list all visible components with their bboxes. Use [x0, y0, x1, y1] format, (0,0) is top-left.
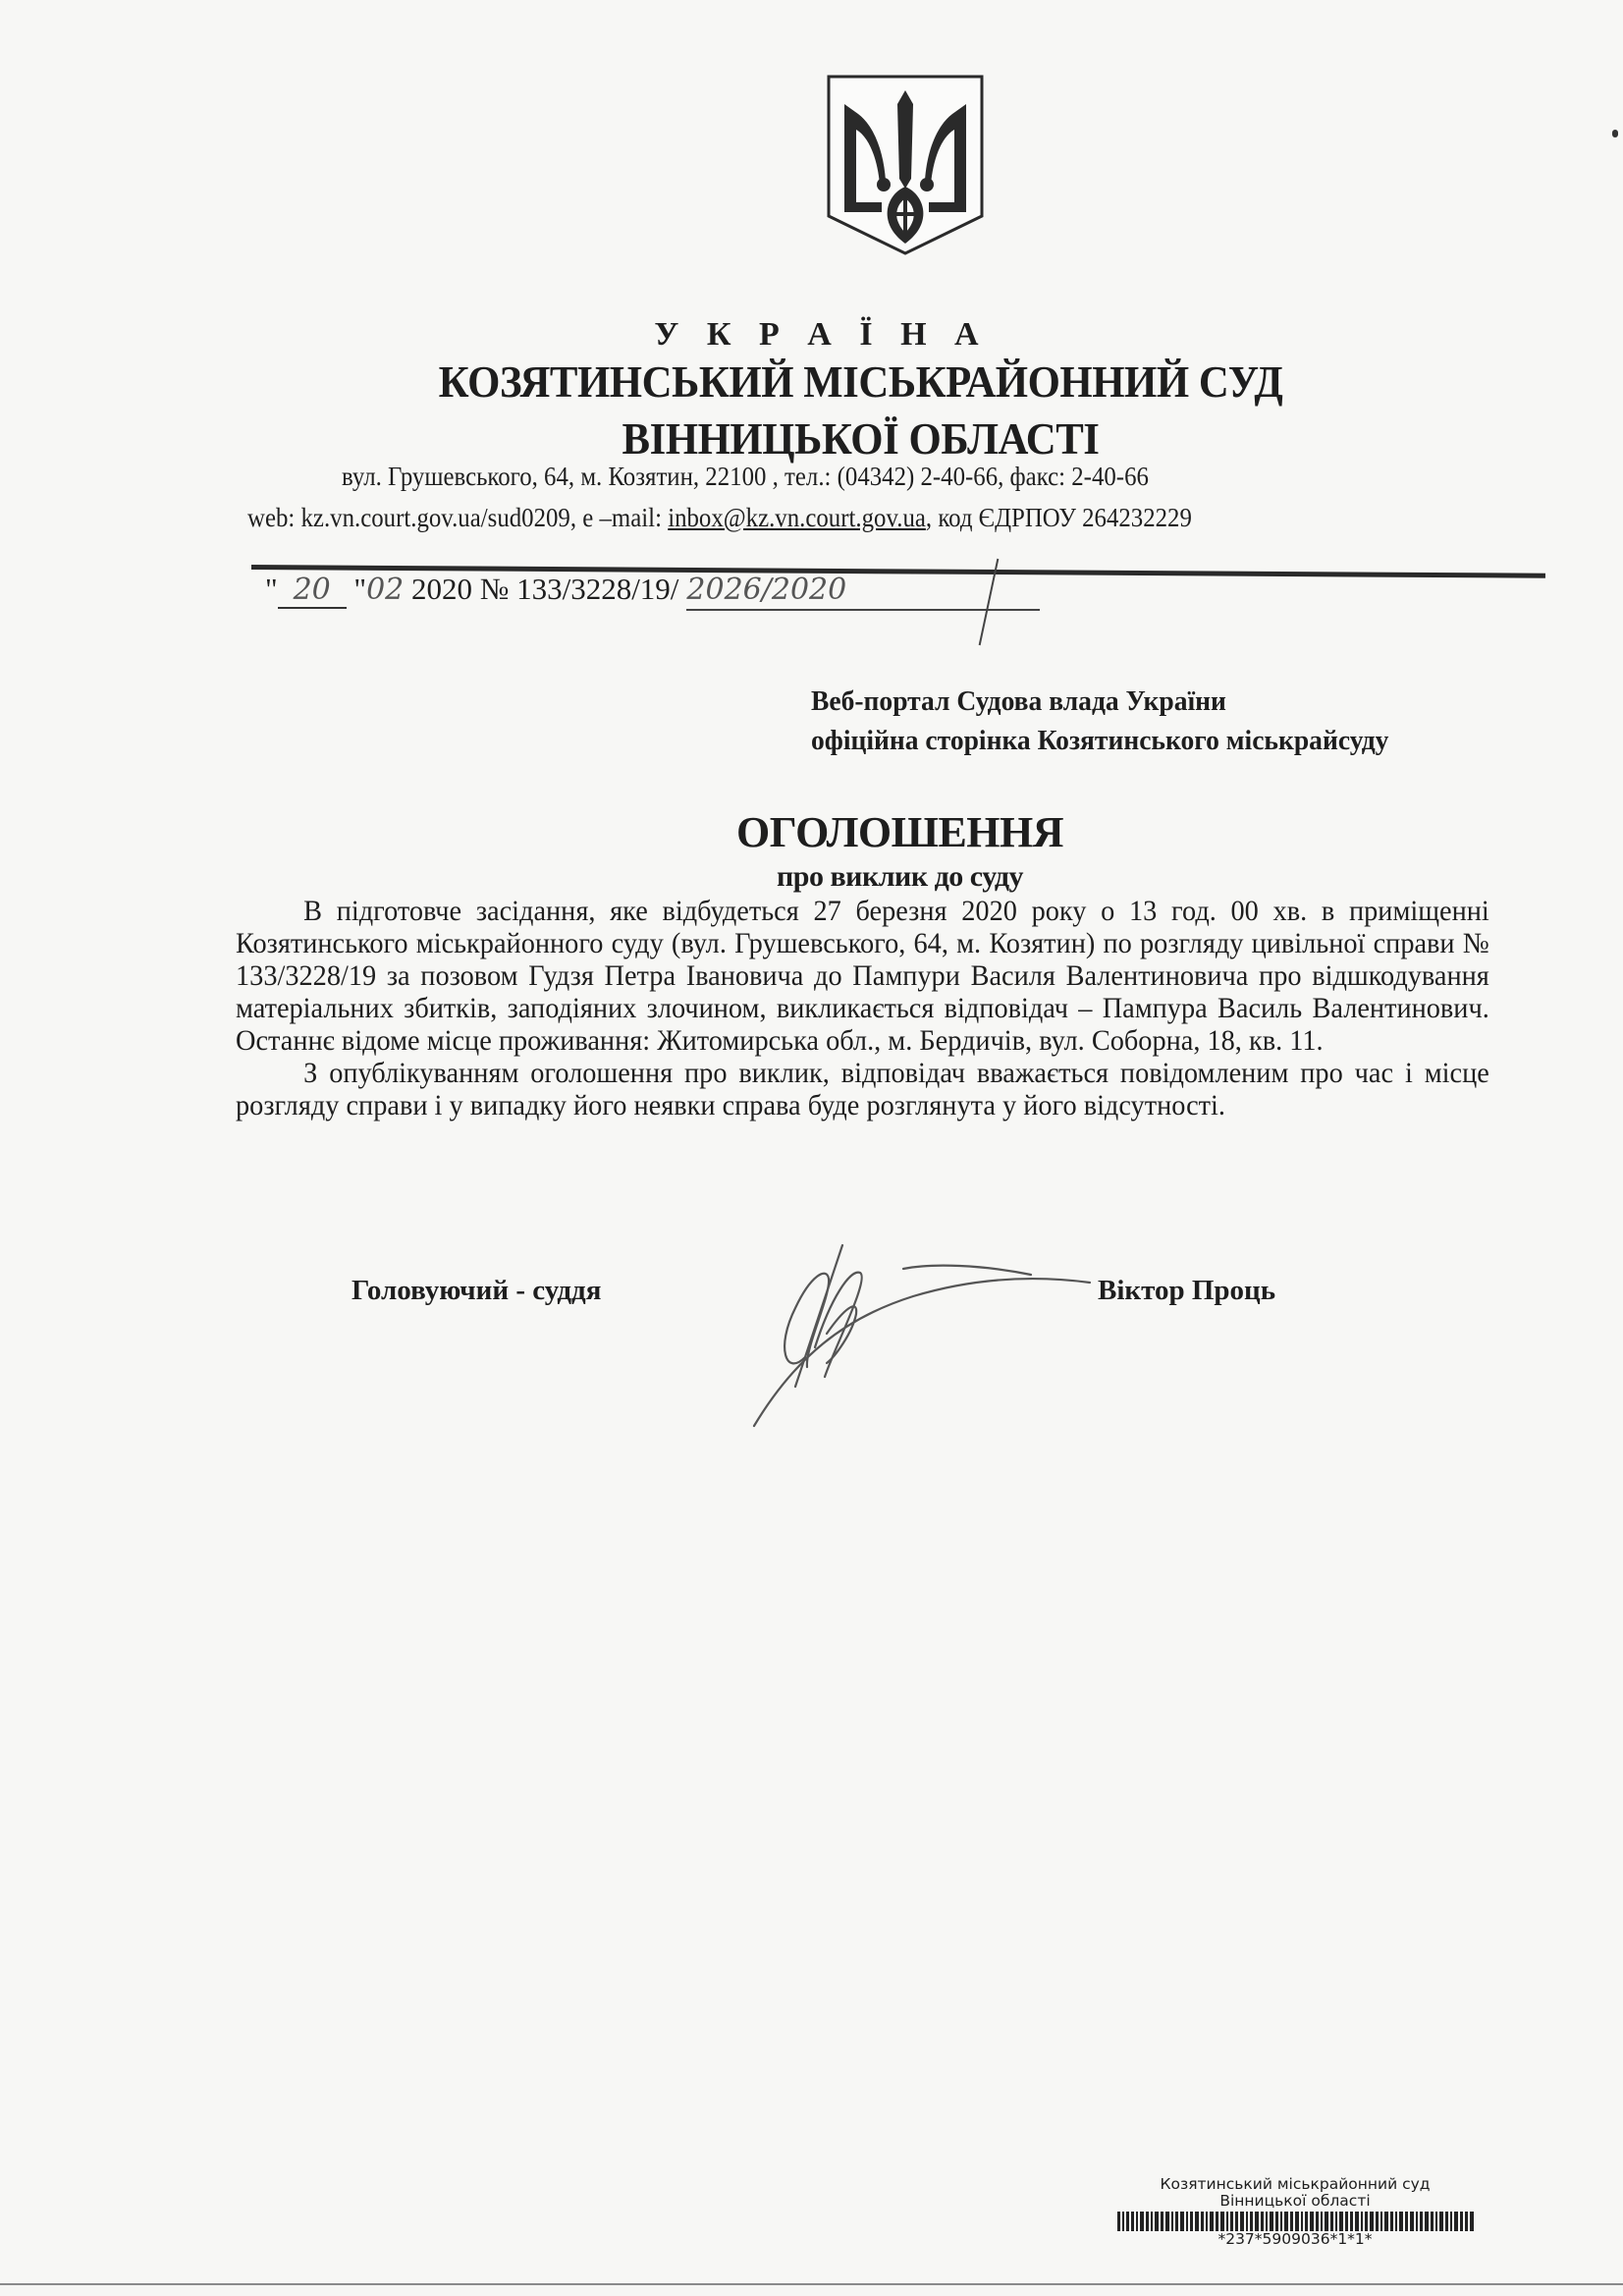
court-name-heading: КОЗЯТИНСЬКИЙ МІСЬКРАЙОННИЙ СУД — [106, 355, 1615, 408]
quote-open: " — [265, 572, 278, 606]
court-address-line: вул. Грушевського, 64, м. Козятин, 22100… — [342, 462, 1149, 492]
addressee-block: Веб-портал Судова влада України офіційна… — [811, 682, 1388, 760]
edrpou-code: , код ЄДРПОУ 264232229 — [926, 503, 1192, 532]
notice-subtitle: про виклик до суду — [88, 860, 1623, 894]
handwritten-signature-icon — [736, 1239, 1325, 1436]
email-link[interactable]: inbox@kz.vn.court.gov.ua — [668, 503, 926, 532]
coat-of-arms-icon — [823, 71, 988, 259]
stamp-court-name: Козятинський міськрайонний суд — [1064, 2176, 1526, 2193]
reference-year: 2020 — [411, 572, 472, 606]
court-region-heading: ВІННИЦЬКОЇ ОБЛАСТІ — [106, 412, 1615, 465]
notice-paragraph: В підготовче засідання, яке відбудеться … — [236, 896, 1489, 1058]
scan-speck — [1612, 130, 1618, 137]
handwritten-month: 02 — [366, 573, 404, 607]
case-number: № 133/3228/19/ — [480, 572, 679, 606]
addressee-line-2: офіційна сторінка Козятинського міськрай… — [811, 721, 1388, 760]
document-page: У К Р А Ї Н А КОЗЯТИНСЬКИЙ МІСЬКРАЙОННИЙ… — [0, 0, 1623, 2285]
web-label: web: kz.vn.court.gov.ua/sud0209, е –mail… — [247, 503, 668, 532]
quote-close: " — [353, 572, 366, 606]
notice-title: ОГОЛОШЕННЯ — [88, 807, 1623, 857]
signatory-role: Головуючий - суддя — [352, 1275, 601, 1307]
handwritten-day: 20 — [278, 573, 347, 609]
registration-stamp: Козятинський міськрайонний суд Вінницько… — [1064, 2176, 1526, 2248]
notice-body: В підготовче засідання, яке відбудеться … — [236, 896, 1489, 1122]
addressee-line-1: Веб-портал Судова влада України — [811, 682, 1388, 721]
outgoing-reference: "20 "02 2020 № 133/3228/19/2026/2020 — [265, 572, 1040, 611]
country-heading: У К Р А Ї Н А — [10, 316, 1623, 354]
barcode-number: *237*5909036*1*1* — [1064, 2231, 1526, 2248]
stamp-court-region: Вінницької області — [1064, 2193, 1526, 2210]
notice-paragraph: З опублікуванням оголошення про виклик, … — [236, 1058, 1489, 1122]
signatory-name: Віктор Проць — [1098, 1275, 1275, 1307]
barcode-icon — [1064, 2212, 1526, 2231]
court-web-line: web: kz.vn.court.gov.ua/sud0209, е –mail… — [247, 503, 1192, 533]
